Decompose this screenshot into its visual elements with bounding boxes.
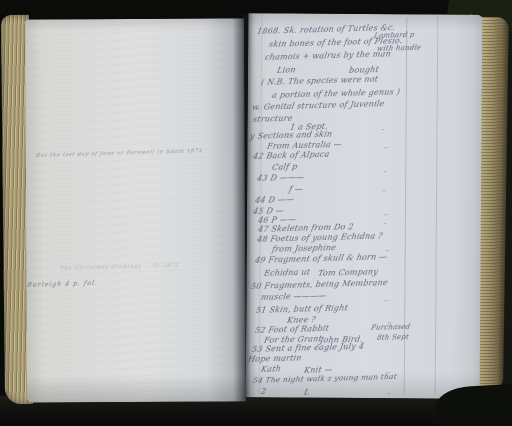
left-page-annotations: But the last day of June or Farewell in … — [0, 0, 512, 426]
left-page-annotation: Burleigh 4 p. fol. — [26, 281, 98, 289]
left-page-annotation: But the last day of June or Farewell in … — [36, 149, 206, 159]
photograph-background: 1868. Sk. rotation of Turtles &c.Lombard… — [0, 0, 512, 426]
left-page-annotation: The Christmas drawings — 5c 1872 — [60, 264, 180, 272]
